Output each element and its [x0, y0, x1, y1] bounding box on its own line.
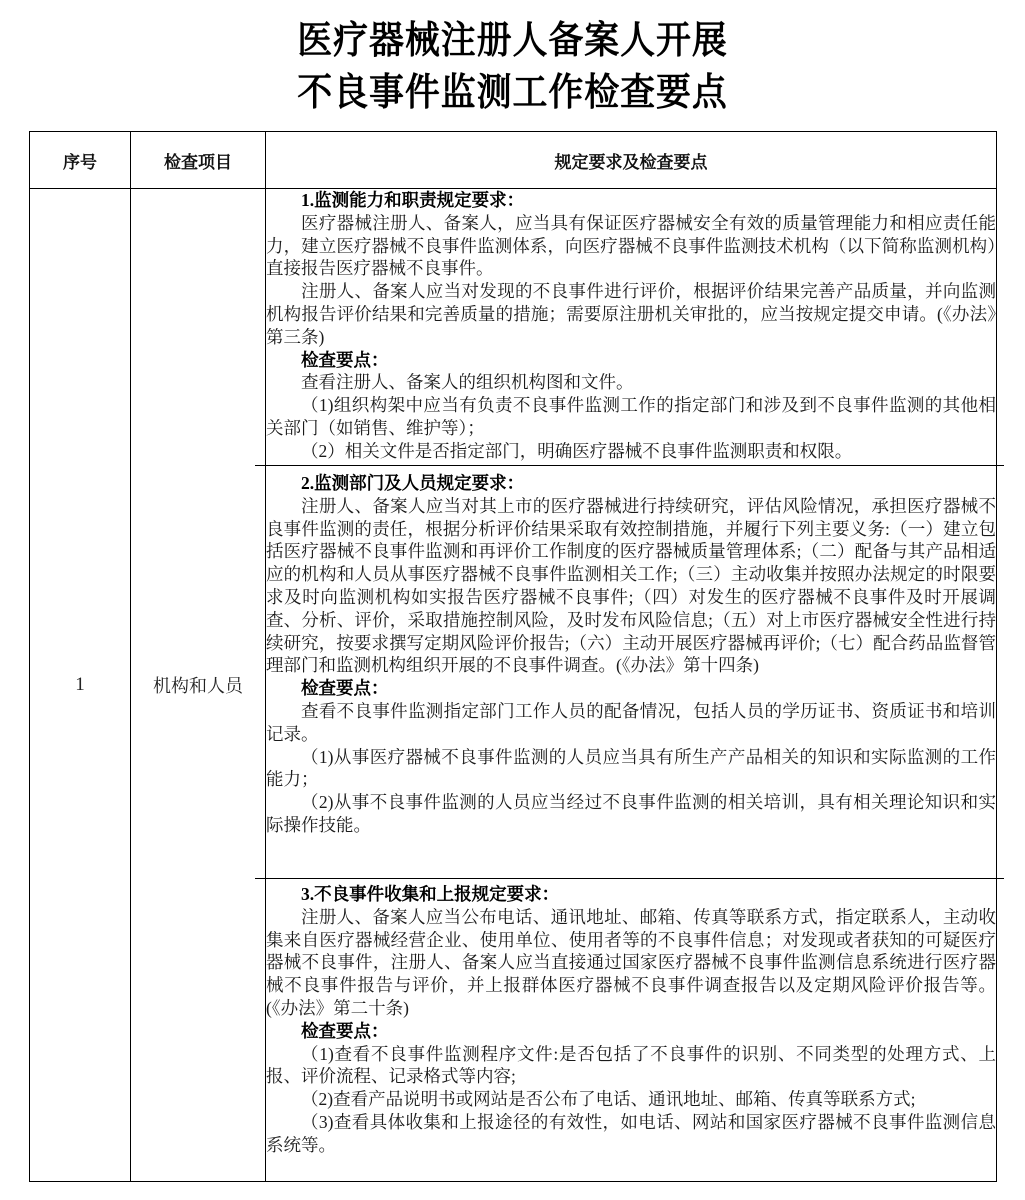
check-point: （2)查看产品说明书或网站是否公布了电话、通讯地址、邮箱、传真等联系方式;: [266, 1088, 996, 1111]
title-line-1: 医疗器械注册人备案人开展: [41, 14, 984, 66]
row-inspection-item: 机构和人员: [131, 189, 266, 1182]
section-heading: 3.不良事件收集和上报规定要求：: [266, 883, 996, 906]
header-requirements: 规定要求及检查要点: [266, 132, 997, 189]
check-points-heading: 检查要点：: [266, 349, 996, 372]
check-point: （2)从事不良事件监测的人员应当经过不良事件监测的相关培训，具有相关理论知识和实…: [266, 791, 996, 837]
check-point: （2）相关文件是否指定部门，明确医疗器械不良事件监测职责和权限。: [266, 440, 996, 463]
check-point: 查看注册人、备案人的组织机构图和文件。: [266, 371, 996, 394]
section-event-collection-reporting: 3.不良事件收集和上报规定要求： 注册人、备案人应当公布电话、通讯地址、邮箱、传…: [266, 879, 996, 1181]
check-point: （1)组织构架中应当有负责不良事件监测工作的指定部门和涉及到不良事件监测的其他相…: [266, 394, 996, 440]
check-point: （1)从事医疗器械不良事件监测的人员应当具有所生产产品相关的知识和实际监测的工作…: [266, 746, 996, 792]
check-points-heading: 检查要点：: [266, 1020, 996, 1043]
header-number: 序号: [30, 132, 131, 189]
row-number: 1: [30, 189, 131, 1182]
table-header-row: 序号 检查项目 规定要求及检查要点: [30, 132, 997, 189]
document-title: 医疗器械注册人备案人开展 不良事件监测工作检查要点: [41, 14, 984, 118]
requirement-paragraph: 注册人、备案人应当对发现的不良事件进行评价，根据评价结果完善产品质量，并向监测机…: [266, 280, 996, 348]
check-point: （3)查看具体收集和上报途径的有效性，如电话、网站和国家医疗器械不良事件监测信息…: [266, 1111, 996, 1157]
header-inspection-item: 检查项目: [131, 132, 266, 189]
section-heading: 2.监测部门及人员规定要求：: [266, 472, 996, 495]
check-point: （1)查看不良事件监测程序文件:是否包括了不良事件的识别、不同类型的处理方式、上…: [266, 1043, 996, 1089]
table-row: 1 机构和人员 1.监测能力和职责规定要求： 医疗器械注册人、备案人，应当具有保…: [30, 189, 997, 1182]
inspection-table: 序号 检查项目 规定要求及检查要点 1 机构和人员 1.监测能力和职责规定要求：…: [29, 131, 997, 1182]
section-department-personnel: 2.监测部门及人员规定要求： 注册人、备案人应当对其上市的医疗器械进行持续研究，…: [266, 466, 996, 878]
section-monitoring-capability: 1.监测能力和职责规定要求： 医疗器械注册人、备案人，应当具有保证医疗器械安全有…: [266, 189, 996, 465]
requirement-paragraph: 注册人、备案人应当对其上市的医疗器械进行持续研究，评估风险情况，承担医疗器械不良…: [266, 495, 996, 677]
check-point: 查看不良事件监测指定部门工作人员的配备情况，包括人员的学历证书、资质证书和培训记…: [266, 700, 996, 746]
row-requirements-cell: 1.监测能力和职责规定要求： 医疗器械注册人、备案人，应当具有保证医疗器械安全有…: [266, 189, 997, 1182]
requirement-paragraph: 注册人、备案人应当公布电话、通讯地址、邮箱、传真等联系方式，指定联系人，主动收集…: [266, 906, 996, 1020]
title-line-2: 不良事件监测工作检查要点: [41, 66, 984, 118]
requirement-paragraph: 医疗器械注册人、备案人，应当具有保证医疗器械安全有效的质量管理能力和相应责任能力…: [266, 212, 996, 280]
section-heading: 1.监测能力和职责规定要求：: [266, 189, 996, 212]
check-points-heading: 检查要点：: [266, 677, 996, 700]
